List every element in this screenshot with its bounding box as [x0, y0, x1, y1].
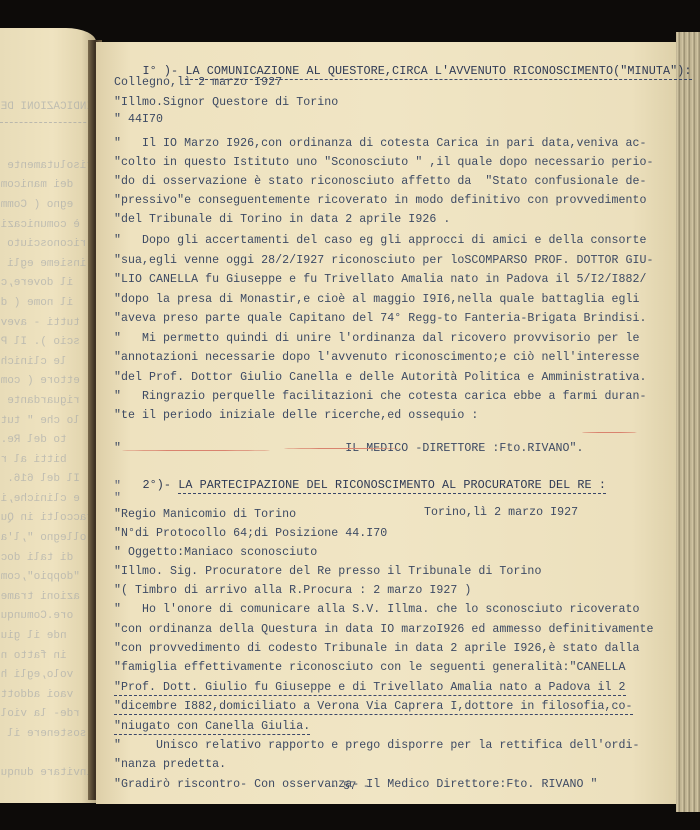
text-line: "LIO CANELLA fu Giuseppe e fu Trivellato…	[114, 273, 647, 287]
red-pencil-mark	[284, 448, 399, 449]
text-line: "N°di Protocollo 64;di Posizione 44.I70	[114, 527, 387, 541]
text-line: "famiglia effettivamente riconosciuto co…	[114, 661, 626, 675]
sender: "Regio Manicomio di Torino	[114, 508, 296, 522]
section2-heading-text: LA PARTECIPAZIONE DEL RICONOSCIMENTO AL …	[178, 478, 606, 494]
text-line: "nanza predetta.	[114, 758, 226, 772]
text-line: "niugato con Canella Giulia.	[114, 720, 310, 735]
text-line: " Oggetto:Maniaco sconosciuto	[114, 546, 317, 560]
text-line: " Ho l'onore di comunicare alla S.V. Ill…	[114, 603, 640, 617]
text-line: "annotazioni necessarie dopo l'avvenuto …	[114, 351, 640, 365]
text-line: " Il IO Marzo I926,con ordinanza di cote…	[114, 137, 647, 151]
text-line: " Mi permetto quindi di unire l'ordinanz…	[114, 332, 640, 346]
text-line: "con ordinanza della Questura in data IO…	[114, 623, 654, 637]
text-line: "sua,egli venne oggi 28/2/I927 riconosci…	[114, 254, 654, 268]
letter-date: Torino,lì 2 marzo I927	[424, 506, 578, 520]
red-pencil-mark	[582, 432, 637, 433]
text-line: "te il periodo iniziale delle ricerche,e…	[114, 409, 478, 423]
text-line: "Illmo. Sig. Procuratore del Re presso i…	[114, 565, 541, 579]
text-line: "colto in questo Istituto uno "Sconosciu…	[114, 156, 654, 170]
text-line: "dicembre I882,domiciliato a Verona Via …	[114, 700, 633, 715]
text-line: "Prof. Dott. Giulio fu Giuseppe e di Tri…	[114, 681, 626, 696]
text-line: "pressivo"e conseguentemente ricoverato …	[114, 194, 647, 208]
text-line: "del Tribunale di Torino in data 2 april…	[114, 213, 450, 227]
text-line: " 44I70	[114, 113, 163, 127]
red-pencil-mark	[122, 450, 270, 451]
left-page-bleed-through-text: INDICAZIONI DEL risolutamente s dei mani…	[0, 98, 94, 784]
text-line: " Unisco relativo rapporto e prego dispo…	[114, 739, 640, 753]
text-line: "aveva preso parte quale Capitano del 74…	[114, 312, 647, 326]
text-line: " Ringrazio perquelle facilitazioni che …	[114, 390, 647, 404]
page-edges	[676, 32, 700, 812]
text-line: "dopo la presa di Monastir,e cioè al mag…	[114, 293, 640, 307]
section1-signature: " IL MEDICO -DIRETTORE :Fto.RIVANO".	[114, 442, 584, 456]
quote-mark: "	[114, 492, 121, 506]
text-line: "Illmo.Signor Questore di Torino	[114, 96, 338, 110]
section2-heading: 2°)- LA PARTECIPAZIONE DEL RICONOSCIMENT…	[114, 464, 606, 506]
text-line: "( Timbro di arrivo alla R.Procura : 2 m…	[114, 584, 471, 598]
text-line: " Dopo gli accertamenti del caso eg gli …	[114, 234, 647, 248]
page-number: - 57 -	[330, 781, 370, 793]
text-line: "del Prof. Dottor Giulio Canella e delle…	[114, 371, 647, 385]
section2-heading-prefix: 2°)-	[143, 478, 179, 492]
text-line: "do di osservazione è stato riconosciuto…	[114, 175, 647, 189]
left-page: INDICAZIONI DEL risolutamente s dei mani…	[0, 28, 96, 803]
text-line: Collegno,lì 2 marzo I927	[114, 76, 282, 90]
text-line: "con provvedimento di codesto Tribunale …	[114, 642, 640, 656]
